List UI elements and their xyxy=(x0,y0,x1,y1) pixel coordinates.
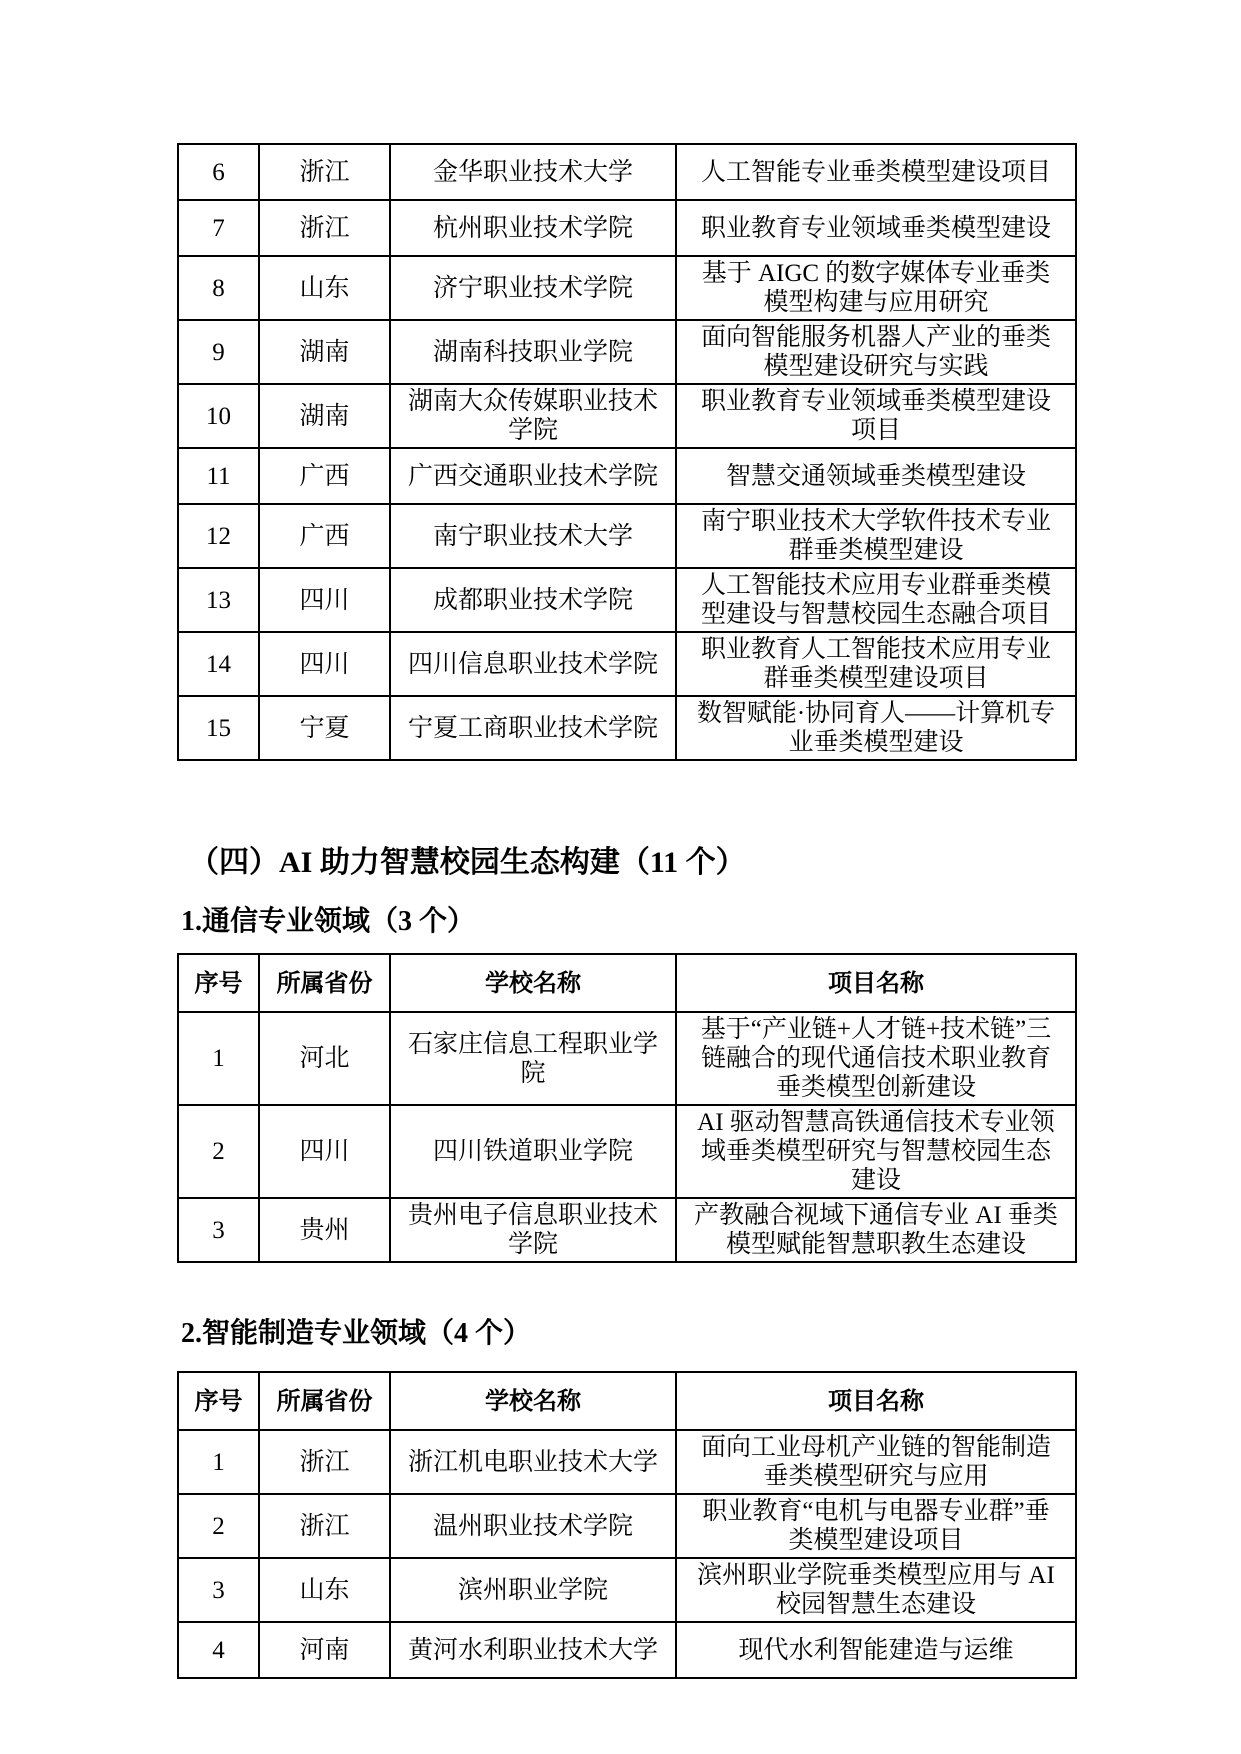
cell-project: 职业教育专业领域垂类模型建设项目 xyxy=(676,384,1076,448)
cell-no: 8 xyxy=(178,256,259,320)
cell-no: 15 xyxy=(178,696,259,760)
cell-province: 广西 xyxy=(259,504,390,568)
continued-results-table: 6 浙江 金华职业技术大学 人工智能专业垂类模型建设项目 7 浙江 杭州职业技术… xyxy=(177,143,1077,761)
cell-project: 职业教育专业领域垂类模型建设 xyxy=(676,200,1076,256)
cell-no: 14 xyxy=(178,632,259,696)
table-row: 13 四川 成都职业技术学院 人工智能技术应用专业群垂类模型建设与智慧校园生态融… xyxy=(178,568,1076,632)
table-row: 10 湖南 湖南大众传媒职业技术学院 职业教育专业领域垂类模型建设项目 xyxy=(178,384,1076,448)
section-heading: （四）AI 助力智慧校园生态构建（11 个） xyxy=(189,843,1075,883)
document-page: 6 浙江 金华职业技术大学 人工智能专业垂类模型建设项目 7 浙江 杭州职业技术… xyxy=(0,0,1241,1754)
cell-school: 广西交通职业技术学院 xyxy=(390,448,676,504)
header-school: 学校名称 xyxy=(390,954,676,1012)
table-row: 12 广西 南宁职业技术大学 南宁职业技术大学软件技术专业群垂类模型建设 xyxy=(178,504,1076,568)
cell-project: 面向智能服务机器人产业的垂类模型建设研究与实践 xyxy=(676,320,1076,384)
cell-school: 贵州电子信息职业技术学院 xyxy=(390,1198,676,1262)
cell-project: 滨州职业学院垂类模型应用与 AI 校园智慧生态建设 xyxy=(676,1558,1076,1622)
header-project: 项目名称 xyxy=(676,1372,1076,1430)
cell-project: 面向工业母机产业链的智能制造垂类模型研究与应用 xyxy=(676,1430,1076,1494)
cell-province: 广西 xyxy=(259,448,390,504)
cell-school: 湖南大众传媒职业技术学院 xyxy=(390,384,676,448)
cell-no: 1 xyxy=(178,1430,259,1494)
table-header-row: 序号 所属省份 学校名称 项目名称 xyxy=(178,1372,1076,1430)
cell-project: 职业教育人工智能技术应用专业群垂类模型建设项目 xyxy=(676,632,1076,696)
table-row: 11 广西 广西交通职业技术学院 智慧交通领域垂类模型建设 xyxy=(178,448,1076,504)
cell-school: 湖南科技职业学院 xyxy=(390,320,676,384)
cell-province: 浙江 xyxy=(259,1430,390,1494)
cell-project: 基于“产业链+人才链+技术链”三链融合的现代通信技术职业教育垂类模型创新建设 xyxy=(676,1012,1076,1105)
header-province: 所属省份 xyxy=(259,954,390,1012)
cell-no: 2 xyxy=(178,1105,259,1198)
cell-school: 成都职业技术学院 xyxy=(390,568,676,632)
cell-school: 温州职业技术学院 xyxy=(390,1494,676,1558)
cell-province: 山东 xyxy=(259,256,390,320)
table-row: 1 浙江 浙江机电职业技术大学 面向工业母机产业链的智能制造垂类模型研究与应用 xyxy=(178,1430,1076,1494)
cell-project: AI 驱动智慧高铁通信技术专业领域垂类模型研究与智慧校园生态建设 xyxy=(676,1105,1076,1198)
smart-manufacturing-table: 序号 所属省份 学校名称 项目名称 1 浙江 浙江机电职业技术大学 面向工业母机… xyxy=(177,1371,1077,1679)
table-row: 3 山东 滨州职业学院 滨州职业学院垂类模型应用与 AI 校园智慧生态建设 xyxy=(178,1558,1076,1622)
header-school: 学校名称 xyxy=(390,1372,676,1430)
cell-province: 湖南 xyxy=(259,384,390,448)
cell-no: 10 xyxy=(178,384,259,448)
cell-no: 4 xyxy=(178,1622,259,1678)
cell-project: 基于 AIGC 的数字媒体专业垂类模型构建与应用研究 xyxy=(676,256,1076,320)
cell-province: 四川 xyxy=(259,1105,390,1198)
table-row: 14 四川 四川信息职业技术学院 职业教育人工智能技术应用专业群垂类模型建设项目 xyxy=(178,632,1076,696)
subsection-2-title: 2.智能制造专业领域（4 个） xyxy=(181,1315,1075,1353)
cell-project: 现代水利智能建造与运维 xyxy=(676,1622,1076,1678)
cell-province: 四川 xyxy=(259,568,390,632)
subsection-1-title: 1.通信专业领域（3 个） xyxy=(181,903,1075,941)
cell-school: 浙江机电职业技术大学 xyxy=(390,1430,676,1494)
cell-project: 人工智能专业垂类模型建设项目 xyxy=(676,144,1076,200)
cell-project: 职业教育“电机与电器专业群”垂类模型建设项目 xyxy=(676,1494,1076,1558)
cell-school: 杭州职业技术学院 xyxy=(390,200,676,256)
table-row: 9 湖南 湖南科技职业学院 面向智能服务机器人产业的垂类模型建设研究与实践 xyxy=(178,320,1076,384)
cell-no: 11 xyxy=(178,448,259,504)
table-row: 2 四川 四川铁道职业学院 AI 驱动智慧高铁通信技术专业领域垂类模型研究与智慧… xyxy=(178,1105,1076,1198)
cell-province: 河北 xyxy=(259,1012,390,1105)
cell-project: 产教融合视域下通信专业 AI 垂类模型赋能智慧职教生态建设 xyxy=(676,1198,1076,1262)
table-row: 4 河南 黄河水利职业技术大学 现代水利智能建造与运维 xyxy=(178,1622,1076,1678)
cell-project: 人工智能技术应用专业群垂类模型建设与智慧校园生态融合项目 xyxy=(676,568,1076,632)
cell-school: 济宁职业技术学院 xyxy=(390,256,676,320)
table-row: 7 浙江 杭州职业技术学院 职业教育专业领域垂类模型建设 xyxy=(178,200,1076,256)
cell-no: 9 xyxy=(178,320,259,384)
cell-school: 黄河水利职业技术大学 xyxy=(390,1622,676,1678)
cell-no: 13 xyxy=(178,568,259,632)
cell-school: 金华职业技术大学 xyxy=(390,144,676,200)
cell-school: 四川铁道职业学院 xyxy=(390,1105,676,1198)
cell-province: 浙江 xyxy=(259,200,390,256)
table-row: 3 贵州 贵州电子信息职业技术学院 产教融合视域下通信专业 AI 垂类模型赋能智… xyxy=(178,1198,1076,1262)
cell-no: 1 xyxy=(178,1012,259,1105)
cell-no: 3 xyxy=(178,1558,259,1622)
cell-province: 贵州 xyxy=(259,1198,390,1262)
cell-school: 南宁职业技术大学 xyxy=(390,504,676,568)
table-row: 1 河北 石家庄信息工程职业学院 基于“产业链+人才链+技术链”三链融合的现代通… xyxy=(178,1012,1076,1105)
header-province: 所属省份 xyxy=(259,1372,390,1430)
cell-province: 宁夏 xyxy=(259,696,390,760)
cell-school: 四川信息职业技术学院 xyxy=(390,632,676,696)
cell-no: 12 xyxy=(178,504,259,568)
cell-province: 河南 xyxy=(259,1622,390,1678)
table-row: 15 宁夏 宁夏工商职业技术学院 数智赋能·协同育人——计算机专业垂类模型建设 xyxy=(178,696,1076,760)
cell-school: 石家庄信息工程职业学院 xyxy=(390,1012,676,1105)
table-header-row: 序号 所属省份 学校名称 项目名称 xyxy=(178,954,1076,1012)
cell-project: 南宁职业技术大学软件技术专业群垂类模型建设 xyxy=(676,504,1076,568)
cell-project: 智慧交通领域垂类模型建设 xyxy=(676,448,1076,504)
cell-province: 四川 xyxy=(259,632,390,696)
header-project: 项目名称 xyxy=(676,954,1076,1012)
cell-school: 宁夏工商职业技术学院 xyxy=(390,696,676,760)
table-row: 2 浙江 温州职业技术学院 职业教育“电机与电器专业群”垂类模型建设项目 xyxy=(178,1494,1076,1558)
header-no: 序号 xyxy=(178,954,259,1012)
table-row: 6 浙江 金华职业技术大学 人工智能专业垂类模型建设项目 xyxy=(178,144,1076,200)
header-no: 序号 xyxy=(178,1372,259,1430)
cell-province: 湖南 xyxy=(259,320,390,384)
cell-school: 滨州职业学院 xyxy=(390,1558,676,1622)
cell-no: 6 xyxy=(178,144,259,200)
cell-province: 山东 xyxy=(259,1558,390,1622)
cell-project: 数智赋能·协同育人——计算机专业垂类模型建设 xyxy=(676,696,1076,760)
cell-no: 7 xyxy=(178,200,259,256)
cell-no: 2 xyxy=(178,1494,259,1558)
cell-no: 3 xyxy=(178,1198,259,1262)
cell-province: 浙江 xyxy=(259,1494,390,1558)
table-row: 8 山东 济宁职业技术学院 基于 AIGC 的数字媒体专业垂类模型构建与应用研究 xyxy=(178,256,1076,320)
communication-field-table: 序号 所属省份 学校名称 项目名称 1 河北 石家庄信息工程职业学院 基于“产业… xyxy=(177,953,1077,1263)
cell-province: 浙江 xyxy=(259,144,390,200)
